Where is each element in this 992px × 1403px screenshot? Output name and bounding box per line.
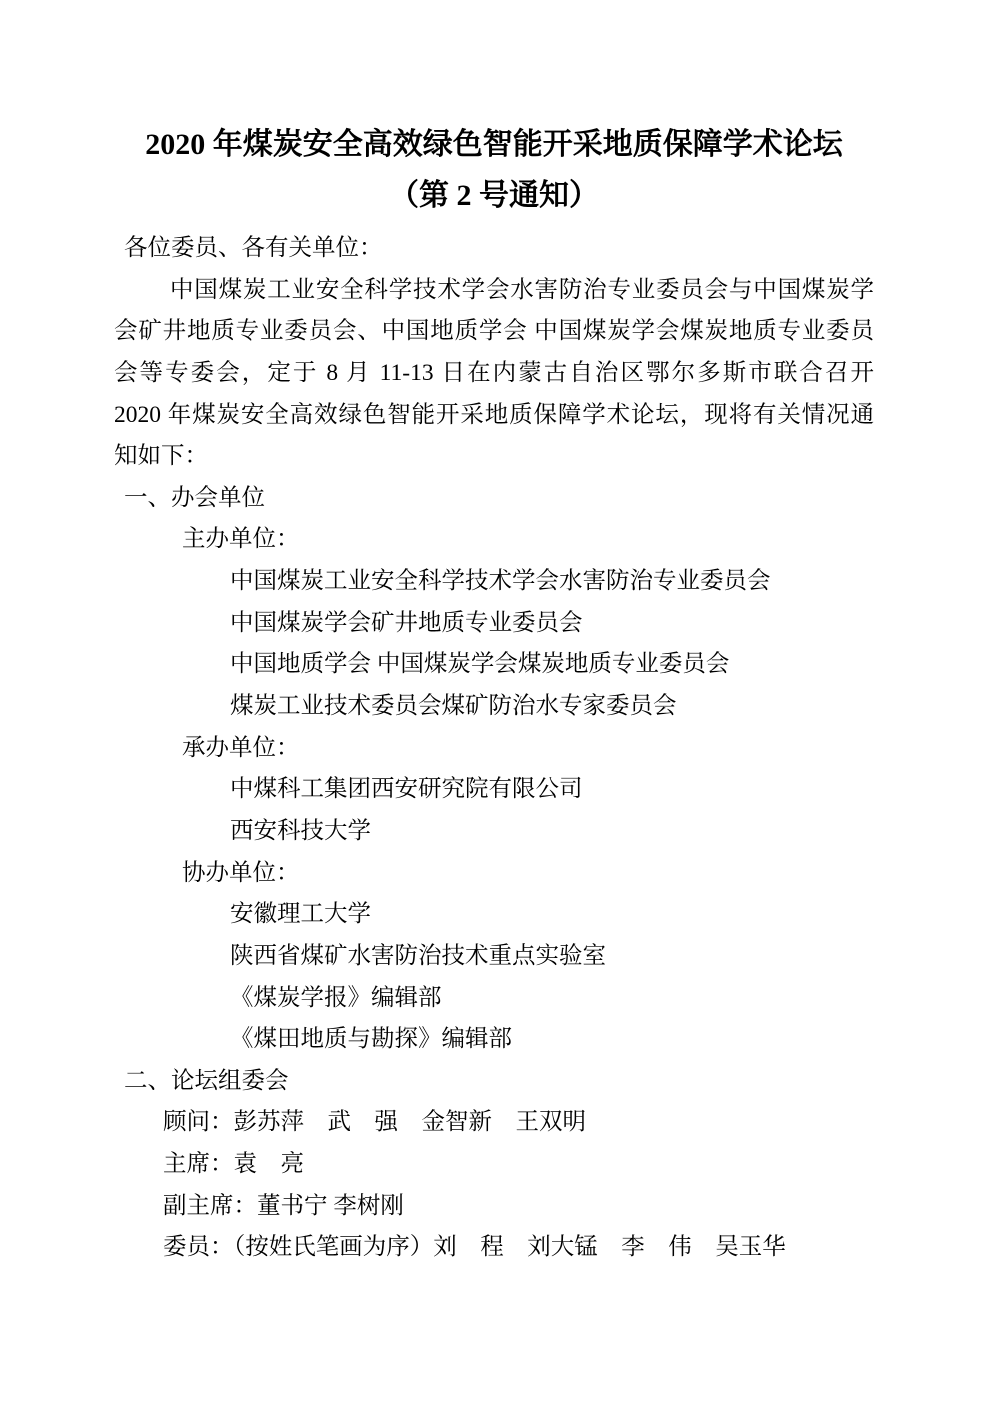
document-title: 2020 年煤炭安全高效绿色智能开采地质保障学术论坛 [114, 119, 874, 170]
role-members-label: 委员： [163, 1234, 234, 1260]
intro-line-1: 中国煤炭工业安全科学技术学会水害防治专业委员会与中国煤炭学 [114, 270, 874, 312]
co-organizer-org-4: 《煤田地质与勘探》编辑部 [114, 1019, 874, 1061]
role-advisors: 顾问：彭苏萍 武 强 金智新 王双明 [114, 1102, 874, 1144]
role-vice-chairmen-label: 副主席： [163, 1193, 257, 1219]
host-org-3: 中国地质学会 中国煤炭学会煤炭地质专业委员会 [114, 644, 874, 686]
host-org-2: 中国煤炭学会矿井地质专业委员会 [114, 603, 874, 645]
section-1-heading: 一、办会单位 [114, 478, 874, 520]
title-block: 2020 年煤炭安全高效绿色智能开采地质保障学术论坛 （第 2 号通知） [114, 119, 874, 221]
organizer-org-2: 西安科技大学 [114, 811, 874, 853]
co-organizer-org-2: 陕西省煤矿水害防治技术重点实验室 [114, 936, 874, 978]
organizer-group-label: 承办单位： [114, 728, 874, 770]
co-organizer-group-label: 协办单位： [114, 853, 874, 895]
intro-line-5: 知如下： [114, 436, 874, 478]
role-chairman: 主席：袁 亮 [114, 1144, 874, 1186]
host-org-4: 煤炭工业技术委员会煤矿防治水专家委员会 [114, 686, 874, 728]
role-members-names: （按姓氏笔画为序）刘 程 刘大锰 李 伟 吴玉华 [234, 1234, 786, 1260]
intro-line-4: 2020 年煤炭安全高效绿色智能开采地质保障学术论坛，现将有关情况通 [114, 395, 874, 437]
intro-line-3: 会等专委会，定于 8 月 11-13 日在内蒙古自治区鄂尔多斯市联合召开 [114, 353, 874, 395]
role-advisors-names: 彭苏萍 武 强 金智新 王双明 [234, 1109, 587, 1135]
host-group-label: 主办单位： [114, 519, 874, 561]
role-chairman-names: 袁 亮 [234, 1151, 305, 1177]
role-vice-chairmen-names: 董书宁 李树刚 [257, 1193, 404, 1219]
role-advisors-label: 顾问： [163, 1109, 234, 1135]
role-chairman-label: 主席： [163, 1151, 234, 1177]
intro-line-2: 会矿井地质专业委员会、中国地质学会 中国煤炭学会煤炭地质专业委员 [114, 311, 874, 353]
host-org-1: 中国煤炭工业安全科学技术学会水害防治专业委员会 [114, 561, 874, 603]
section-2-heading: 二、论坛组委会 [114, 1061, 874, 1103]
co-organizer-org-3: 《煤炭学报》编辑部 [114, 978, 874, 1020]
role-vice-chairmen: 副主席：董书宁 李树刚 [114, 1186, 874, 1228]
document-body: 各位委员、各有关单位： 中国煤炭工业安全科学技术学会水害防治专业委员会与中国煤炭… [114, 228, 874, 1269]
notice-document-page: 2020 年煤炭安全高效绿色智能开采地质保障学术论坛 （第 2 号通知） 各位委… [0, 0, 992, 1403]
role-members: 委员：（按姓氏笔画为序）刘 程 刘大锰 李 伟 吴玉华 [114, 1227, 874, 1269]
organizer-org-1: 中煤科工集团西安研究院有限公司 [114, 769, 874, 811]
co-organizer-org-1: 安徽理工大学 [114, 894, 874, 936]
salutation: 各位委员、各有关单位： [114, 228, 874, 270]
document-subtitle: （第 2 号通知） [114, 170, 874, 221]
